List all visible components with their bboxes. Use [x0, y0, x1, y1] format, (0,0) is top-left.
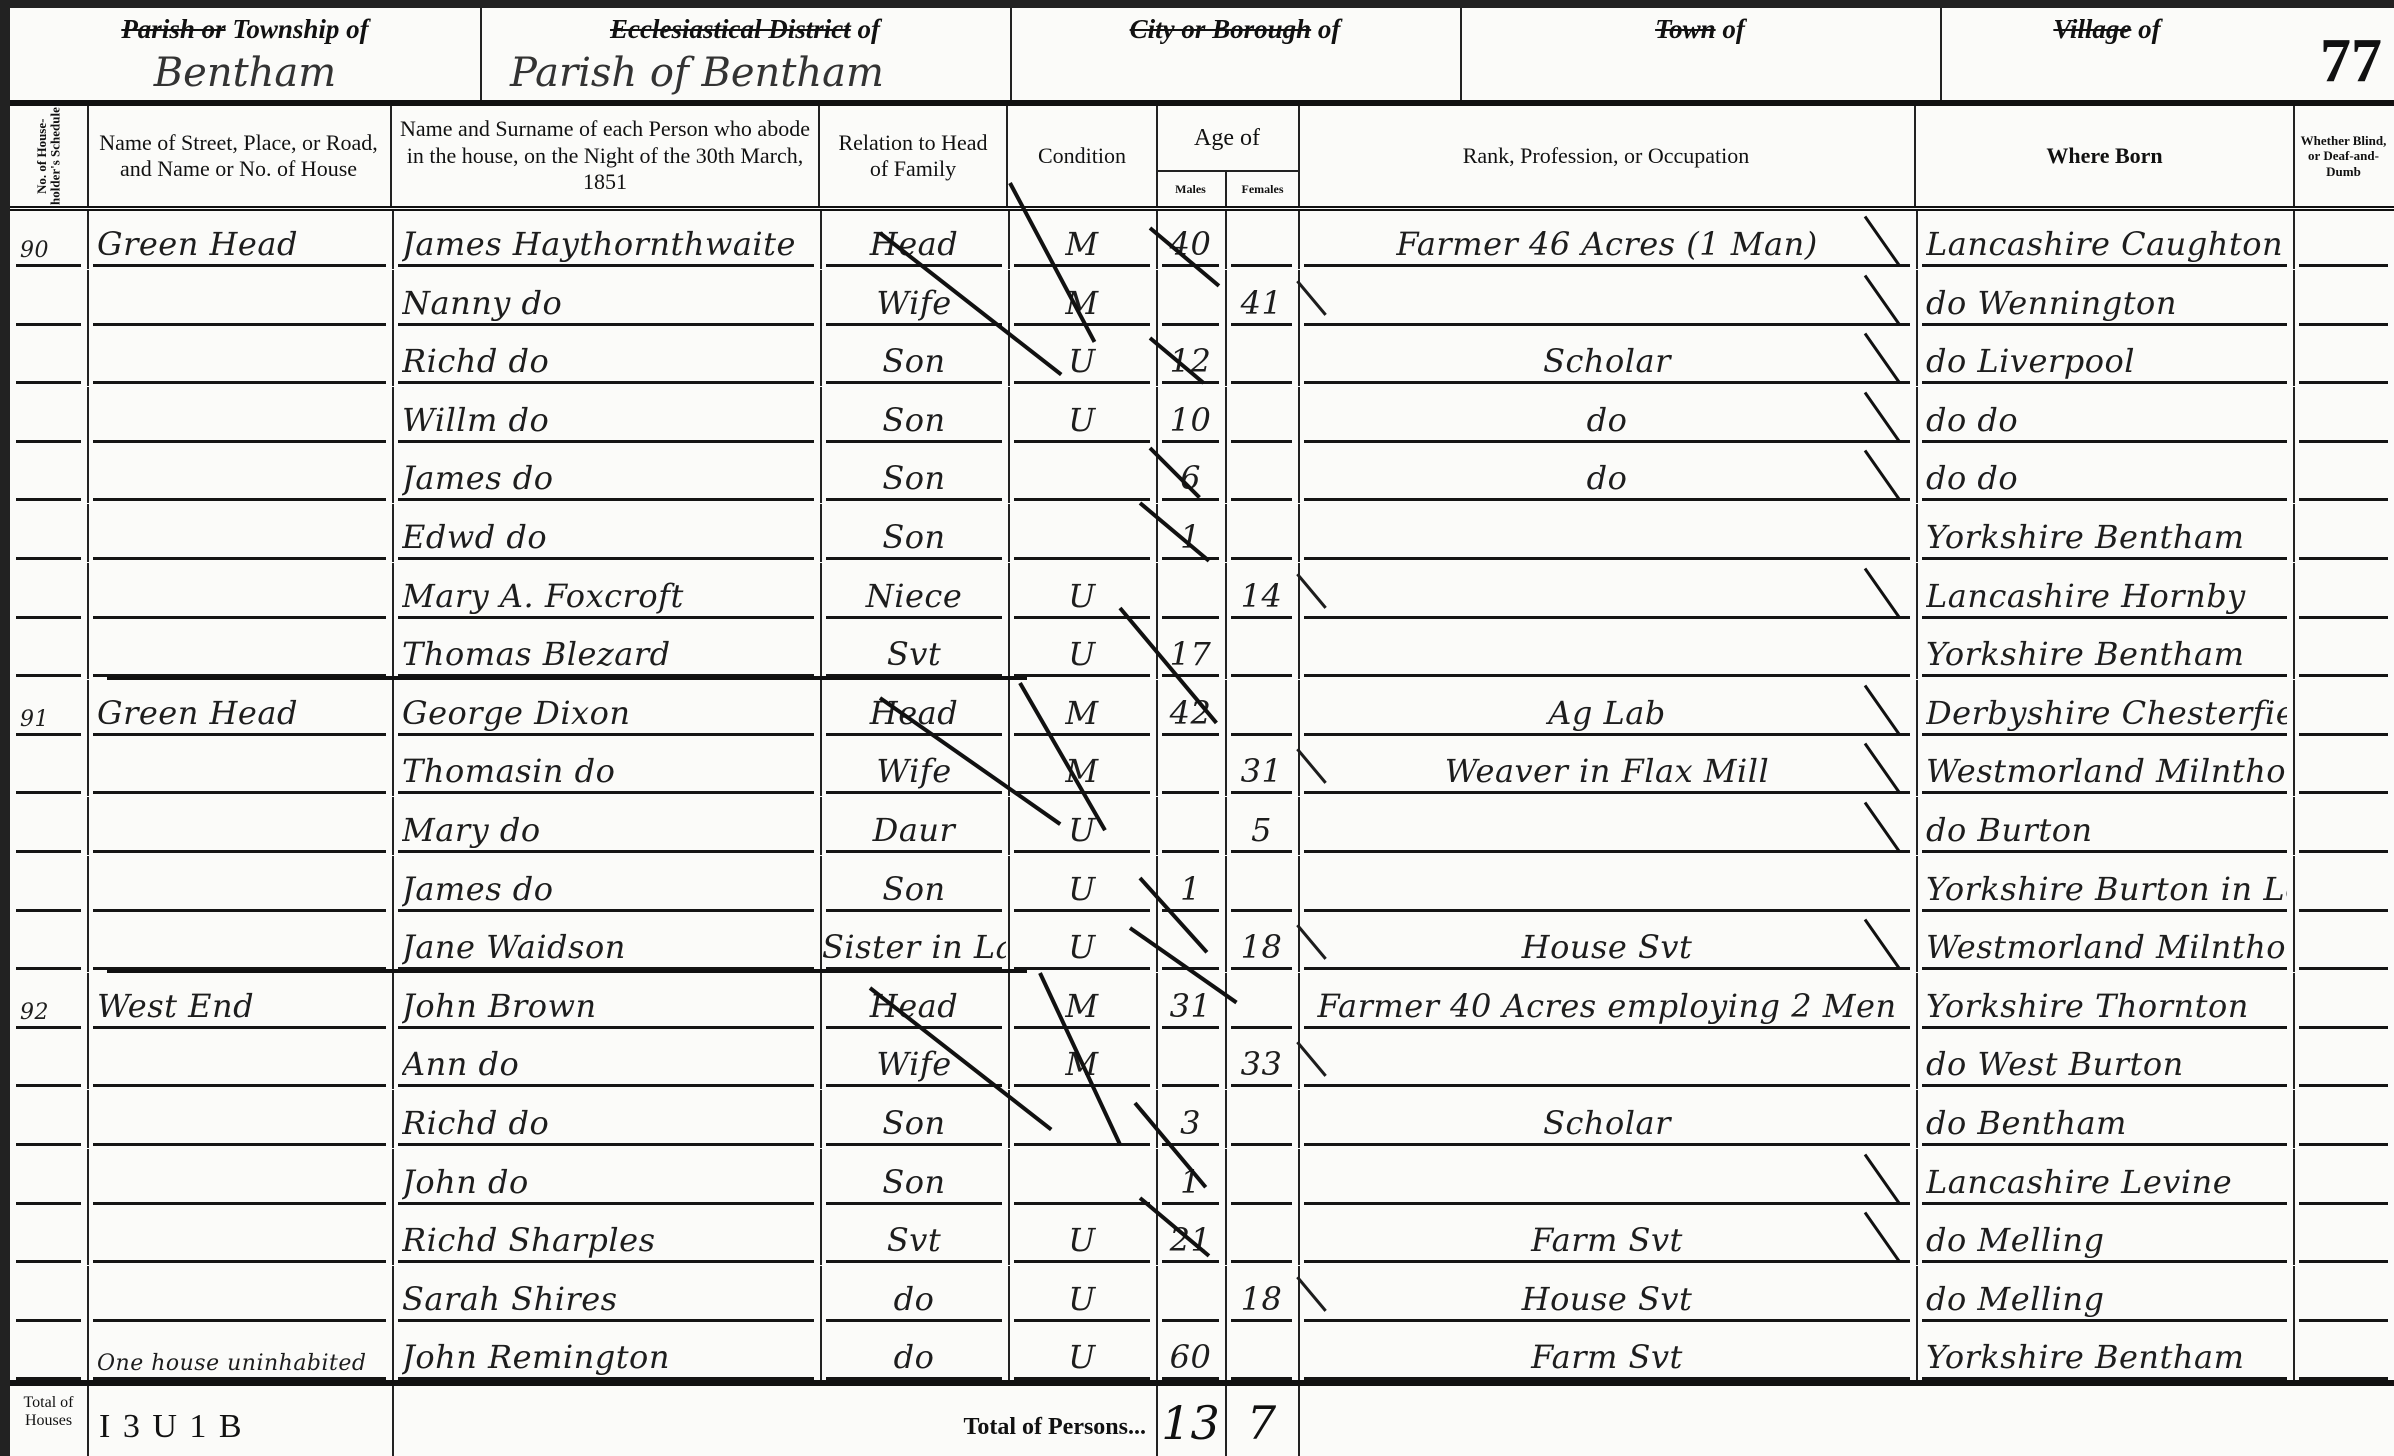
ruled-line: [1922, 381, 2287, 384]
ruled-line: [16, 498, 81, 501]
ruled-line: [16, 1084, 81, 1087]
occupation: Weaver in Flax Mill: [1300, 752, 1914, 790]
occupation-cell: [1298, 621, 1918, 679]
ruled-line: [1231, 733, 1292, 736]
ruled-line: [2299, 791, 2388, 794]
ruled-line: [398, 498, 814, 501]
ruled-line: [1014, 674, 1150, 677]
where-born-cell: do Burton: [1916, 797, 2295, 855]
ruled-line: [1231, 1143, 1292, 1146]
ruled-line: [1231, 967, 1292, 970]
occupation-cell: do: [1298, 445, 1918, 503]
ruled-line: [1231, 381, 1292, 384]
schedule-number: 90: [20, 238, 81, 263]
where-born-cell: Yorkshire Thornton: [1916, 973, 2295, 1031]
condition: U: [1010, 1221, 1154, 1259]
ruled-line: [1162, 498, 1219, 501]
ruled-line: [1304, 616, 1910, 619]
table-row: Nanny doWifeM41do Wennington: [10, 270, 2394, 328]
page-left-edge: [0, 0, 10, 1456]
female-age-cell: [1225, 211, 1300, 269]
occupation: Farm Svt: [1300, 1338, 1914, 1376]
ruled-line: [826, 733, 1002, 736]
ruled-line: [2299, 498, 2388, 501]
ruled-line: [2299, 674, 2388, 677]
relation: Niece: [822, 577, 1006, 615]
header-age: Age of Males Females: [1156, 106, 1300, 206]
male-age-cell: 60: [1156, 1324, 1227, 1382]
header-females: Females: [1227, 172, 1298, 206]
condition: U: [1010, 1338, 1154, 1376]
ruled-line: [826, 381, 1002, 384]
village-label-text: of: [2138, 14, 2161, 44]
person-name-cell: Richd Sharples: [392, 1207, 822, 1265]
ruled-line: [398, 557, 814, 560]
ruled-line: [1922, 674, 2287, 677]
male-age: 3: [1158, 1104, 1223, 1142]
ruled-line: [398, 1202, 814, 1205]
street-name: Green Head: [97, 694, 386, 732]
where-born: Yorkshire Burton in Lonsdale: [1926, 870, 2287, 908]
relation-cell: Head: [820, 680, 1010, 738]
person-name-cell: Richd do: [392, 1090, 822, 1148]
street-name-cell: [87, 1090, 394, 1148]
condition-cell: U: [1008, 328, 1158, 386]
street-name-cell: Green Head: [87, 211, 394, 269]
parish-label: Parish or Township of: [10, 14, 480, 45]
ruled-line: [1231, 557, 1292, 560]
ruled-line: [1014, 557, 1150, 560]
person-name-cell: John do: [392, 1149, 822, 1207]
ruled-line: [1014, 1202, 1150, 1205]
street-name: Green Head: [97, 225, 386, 263]
where-born: Yorkshire Bentham: [1926, 1338, 2287, 1376]
occupation-cell: [1298, 563, 1918, 621]
person-name: Jane Waidson: [402, 928, 814, 966]
where-born: Derbyshire Chesterfield: [1926, 694, 2287, 732]
street-name-cell: [87, 856, 394, 914]
ruled-line: [93, 1260, 386, 1263]
ruled-line: [93, 850, 386, 853]
male-age: 60: [1158, 1338, 1223, 1376]
blind-deaf-cell: [2293, 563, 2394, 621]
male-age-cell: 42: [1156, 680, 1227, 738]
ruled-line: [1162, 1026, 1219, 1029]
occupation-cell: Scholar: [1298, 328, 1918, 386]
male-age-cell: 10: [1156, 387, 1227, 445]
ruled-line: [398, 1260, 814, 1263]
schedule-number-cell: [10, 738, 89, 796]
female-age-cell: [1225, 1090, 1300, 1148]
occupation-cell: [1298, 1031, 1918, 1089]
total-males-value: 13: [1156, 1396, 1225, 1450]
where-born-cell: do do: [1916, 387, 2295, 445]
ruled-line: [1304, 381, 1910, 384]
where-born-cell: Lancashire Caughton: [1916, 211, 2295, 269]
table-row: Thomas BlezardSvtU17Yorkshire Bentham: [10, 621, 2394, 679]
where-born-cell: Yorkshire Bentham: [1916, 621, 2295, 679]
ecclesiastical-value: Parish of Bentham: [480, 50, 1010, 96]
relation: Son: [822, 1104, 1006, 1142]
relation-cell: Wife: [820, 1031, 1010, 1089]
where-born: do Bentham: [1926, 1104, 2287, 1142]
person-name-cell: John Remington: [392, 1324, 822, 1382]
blind-deaf-cell: [2293, 738, 2394, 796]
where-born-cell: Lancashire Hornby: [1916, 563, 2295, 621]
ruled-line: [826, 850, 1002, 853]
street-name-cell: [87, 328, 394, 386]
ruled-line: [1162, 1084, 1219, 1087]
ruled-line: [2299, 1202, 2388, 1205]
person-name-cell: Ann do: [392, 1031, 822, 1089]
household-separator: [107, 969, 1027, 973]
ruled-line: [398, 791, 814, 794]
street-name-cell: [87, 1266, 394, 1324]
male-age: 42: [1158, 694, 1223, 732]
street-name-cell: [87, 738, 394, 796]
ruled-line: [398, 1084, 814, 1087]
ruled-line: [1304, 909, 1910, 912]
relation: Svt: [822, 635, 1006, 673]
female-age-cell: 31: [1225, 738, 1300, 796]
schedule-number: 91: [20, 707, 81, 732]
female-age-cell: [1225, 328, 1300, 386]
schedule-number-cell: [10, 1207, 89, 1265]
male-age-cell: [1156, 1266, 1227, 1324]
person-name: Willm do: [402, 401, 814, 439]
person-name: Sarah Shires: [402, 1280, 814, 1318]
blind-deaf-cell: [2293, 797, 2394, 855]
town-label-struck: Town: [1655, 14, 1716, 44]
male-age-cell: 31: [1156, 973, 1227, 1031]
male-age-cell: 21: [1156, 1207, 1227, 1265]
header-name: Name and Surname of each Person who abod…: [392, 106, 820, 206]
person-name-cell: Thomas Blezard: [392, 621, 822, 679]
occupation: do: [1300, 459, 1914, 497]
ruled-line: [1304, 1026, 1910, 1029]
female-age-cell: [1225, 1324, 1300, 1382]
male-age-cell: [1156, 1031, 1227, 1089]
table-row: James doSon6dodo do: [10, 445, 2394, 503]
condition: U: [1010, 401, 1154, 439]
occupation: Farm Svt: [1300, 1221, 1914, 1259]
ruled-line: [2299, 967, 2388, 970]
female-age: 14: [1227, 577, 1296, 615]
ruled-line: [1922, 1260, 2287, 1263]
town-label: Town of: [1460, 14, 1940, 45]
occupation-cell: Farmer 46 Acres (1 Man): [1298, 211, 1918, 269]
schedule-number-cell: [10, 1266, 89, 1324]
male-age: 10: [1158, 401, 1223, 439]
occupation-cell: Ag Lab: [1298, 680, 1918, 738]
street-name-cell: [87, 914, 394, 972]
person-name-cell: James do: [392, 856, 822, 914]
relation: Svt: [822, 1221, 1006, 1259]
person-name: Nanny do: [402, 284, 814, 322]
street-name-cell: [87, 504, 394, 562]
ruled-line: [1922, 264, 2287, 267]
schedule-number-cell: [10, 328, 89, 386]
female-age: 18: [1227, 928, 1296, 966]
person-name-cell: Edwd do: [392, 504, 822, 562]
where-born: Lancashire Levine: [1926, 1163, 2287, 1201]
ruled-line: [1922, 791, 2287, 794]
ruled-line: [826, 616, 1002, 619]
person-name: John do: [402, 1163, 814, 1201]
ruled-line: [2299, 1260, 2388, 1263]
ruled-line: [1304, 674, 1910, 677]
where-born: do West Burton: [1926, 1045, 2287, 1083]
city-label-text: of: [1318, 14, 1341, 44]
condition-cell: U: [1008, 387, 1158, 445]
ruled-line: [826, 1084, 1002, 1087]
ruled-line: [1014, 264, 1150, 267]
occupation-cell: Farm Svt: [1298, 1207, 1918, 1265]
ruled-line: [1922, 440, 2287, 443]
ruled-line: [1304, 557, 1910, 560]
ruled-line: [1231, 498, 1292, 501]
female-age-cell: 18: [1225, 914, 1300, 972]
header-males: Males: [1156, 172, 1227, 206]
relation: Son: [822, 342, 1006, 380]
ruled-line: [1304, 1319, 1910, 1322]
ruled-line: [93, 264, 386, 267]
condition-cell: U: [1008, 1207, 1158, 1265]
street-name: One house uninhabited: [97, 1351, 386, 1376]
header-relation: Relation to Head of Family: [820, 106, 1008, 206]
city-label: City or Borough of: [1010, 14, 1460, 45]
occupation: Scholar: [1300, 1104, 1914, 1142]
person-name-cell: Richd do: [392, 328, 822, 386]
relation: Wife: [822, 1045, 1006, 1083]
ruled-line: [1014, 381, 1150, 384]
female-age-cell: [1225, 387, 1300, 445]
person-name-cell: John Brown: [392, 973, 822, 1031]
relation-cell: Son: [820, 504, 1010, 562]
ruled-line: [1162, 733, 1219, 736]
village-cell: Village of 77: [1940, 8, 2394, 100]
where-born-cell: Derbyshire Chesterfield: [1916, 680, 2295, 738]
where-born: do Burton: [1926, 811, 2287, 849]
where-born-cell: Yorkshire Bentham: [1916, 1324, 2295, 1382]
person-name: Ann do: [402, 1045, 814, 1083]
condition: U: [1010, 870, 1154, 908]
blind-deaf-cell: [2293, 387, 2394, 445]
blind-deaf-cell: [2293, 1031, 2394, 1089]
ruled-line: [1922, 1084, 2287, 1087]
schedule-number-cell: [10, 563, 89, 621]
ruled-line: [16, 791, 81, 794]
female-age: 33: [1227, 1045, 1296, 1083]
total-houses-value-cell: I 3 U 1 B: [87, 1386, 394, 1456]
relation-cell: Son: [820, 856, 1010, 914]
street-name-cell: Green Head: [87, 680, 394, 738]
ruled-line: [93, 498, 386, 501]
where-born-cell: Yorkshire Burton in Lonsdale: [1916, 856, 2295, 914]
header-street-text: Name of Street, Place, or Road, and Name…: [93, 130, 384, 183]
ruled-line: [93, 440, 386, 443]
female-age-cell: 5: [1225, 797, 1300, 855]
where-born-cell: do do: [1916, 445, 2295, 503]
schedule-number-cell: [10, 1324, 89, 1382]
where-born: Yorkshire Thornton: [1926, 987, 2287, 1025]
table-row: Thomasin doWifeM31Weaver in Flax MillWes…: [10, 738, 2394, 796]
table-row: Willm doSonU10dodo do: [10, 387, 2394, 445]
condition: U: [1010, 342, 1154, 380]
condition-cell: U: [1008, 1266, 1158, 1324]
relation: Daur: [822, 811, 1006, 849]
relation: Wife: [822, 284, 1006, 322]
ruled-line: [1922, 323, 2287, 326]
street-name-cell: West End: [87, 973, 394, 1031]
ruled-line: [1014, 1319, 1150, 1322]
ruled-line: [93, 1202, 386, 1205]
village-label: Village of: [1940, 14, 2274, 45]
person-name: James do: [402, 870, 814, 908]
person-name-cell: Jane Waidson: [392, 914, 822, 972]
ruled-line: [1162, 674, 1219, 677]
ruled-line: [2299, 557, 2388, 560]
relation-cell: Son: [820, 445, 1010, 503]
where-born: do do: [1926, 459, 2287, 497]
relation-cell: Son: [820, 1090, 1010, 1148]
where-born: do Melling: [1926, 1221, 2287, 1259]
ruled-line: [1014, 1143, 1150, 1146]
occupation: House Svt: [1300, 928, 1914, 966]
ruled-line: [16, 850, 81, 853]
occupation-cell: Scholar: [1298, 1090, 1918, 1148]
condition: M: [1010, 225, 1154, 263]
ruled-line: [1922, 967, 2287, 970]
schedule-number-cell: [10, 856, 89, 914]
condition-cell: [1008, 504, 1158, 562]
ruled-line: [16, 1026, 81, 1029]
where-born-cell: do Melling: [1916, 1207, 2295, 1265]
ruled-line: [1014, 1026, 1150, 1029]
table-row: Ann doWifeM33do West Burton: [10, 1031, 2394, 1089]
ruled-line: [1231, 1084, 1292, 1087]
occupation-cell: [1298, 270, 1918, 328]
ruled-line: [1231, 323, 1292, 326]
person-name-cell: Nanny do: [392, 270, 822, 328]
relation: Son: [822, 518, 1006, 556]
ruled-line: [93, 557, 386, 560]
schedule-number-cell: [10, 445, 89, 503]
female-age-cell: 41: [1225, 270, 1300, 328]
ruled-line: [1922, 1143, 2287, 1146]
schedule-number-cell: [10, 797, 89, 855]
ruled-line: [2299, 850, 2388, 853]
occupation: Ag Lab: [1300, 694, 1914, 732]
schedule-number-cell: 92: [10, 973, 89, 1031]
where-born-cell: Lancashire Levine: [1916, 1149, 2295, 1207]
male-age: 31: [1158, 987, 1223, 1025]
table-row: Mary doDaurU5do Burton: [10, 797, 2394, 855]
ruled-line: [1231, 674, 1292, 677]
male-age-cell: 1: [1156, 504, 1227, 562]
ruled-line: [1304, 1260, 1910, 1263]
female-age: 5: [1227, 811, 1296, 849]
ruled-line: [1304, 850, 1910, 853]
ruled-line: [1304, 1084, 1910, 1087]
ecclesiastical-cell: Ecclesiastical District of Parish of Ben…: [480, 8, 1012, 100]
ruled-line: [93, 323, 386, 326]
ruled-line: [1014, 1084, 1150, 1087]
relation: Head: [822, 694, 1006, 732]
condition: U: [1010, 811, 1154, 849]
header-schedule-text: No. of House-holder's Schedule: [35, 106, 62, 206]
ruled-line: [1922, 1202, 2287, 1205]
where-born: do Liverpool: [1926, 342, 2287, 380]
total-houses-label: Total of Houses: [10, 1394, 87, 1429]
ruled-line: [2299, 440, 2388, 443]
census-page: Parish or Township of Bentham Ecclesiast…: [0, 0, 2394, 1456]
ruled-line: [93, 909, 386, 912]
table-row: James doSonU1Yorkshire Burton in Lonsdal…: [10, 856, 2394, 914]
parish-value: Bentham: [10, 50, 480, 96]
female-age-cell: [1225, 504, 1300, 562]
female-age-cell: [1225, 621, 1300, 679]
relation: Sister in Law: [822, 928, 1006, 966]
condition: M: [1010, 752, 1154, 790]
ruled-line: [398, 1026, 814, 1029]
relation: Son: [822, 870, 1006, 908]
schedule-number-cell: 91: [10, 680, 89, 738]
person-name-cell: Sarah Shires: [392, 1266, 822, 1324]
female-age-cell: 14: [1225, 563, 1300, 621]
ruled-line: [1162, 1260, 1219, 1263]
street-name-cell: [87, 621, 394, 679]
condition-cell: M: [1008, 680, 1158, 738]
street-name-cell: One house uninhabited: [87, 1324, 394, 1382]
female-age: 41: [1227, 284, 1296, 322]
relation-cell: Son: [820, 328, 1010, 386]
occupation: Farmer 46 Acres (1 Man): [1300, 225, 1914, 263]
ruled-line: [398, 733, 814, 736]
ruled-line: [16, 1260, 81, 1263]
header-condition: Condition: [1008, 106, 1158, 206]
ruled-line: [398, 264, 814, 267]
table-row: Richd doSonU12Scholardo Liverpool: [10, 328, 2394, 386]
occupation-cell: [1298, 1149, 1918, 1207]
person-name: Thomas Blezard: [402, 635, 814, 673]
ruled-line: [1014, 1260, 1150, 1263]
ruled-line: [1304, 733, 1910, 736]
relation: do: [822, 1280, 1006, 1318]
occupation-cell: [1298, 856, 1918, 914]
header-blind-text: Whether Blind, or Deaf-and-Dumb: [2293, 133, 2394, 180]
ruled-line: [1162, 1319, 1219, 1322]
ruled-line: [16, 557, 81, 560]
ruled-line: [16, 1319, 81, 1322]
ruled-line: [1231, 1026, 1292, 1029]
person-name-cell: James Haythornthwaite: [392, 211, 822, 269]
ruled-line: [1922, 616, 2287, 619]
male-age-cell: 6: [1156, 445, 1227, 503]
ruled-line: [1231, 1202, 1292, 1205]
male-age-cell: 17: [1156, 621, 1227, 679]
where-born-cell: do West Burton: [1916, 1031, 2295, 1089]
schedule-number-cell: 90: [10, 211, 89, 269]
where-born-cell: Yorkshire Bentham: [1916, 504, 2295, 562]
relation-cell: Svt: [820, 621, 1010, 679]
ruled-line: [1304, 1202, 1910, 1205]
person-name-cell: James do: [392, 445, 822, 503]
street-name-cell: [87, 445, 394, 503]
ruled-line: [398, 381, 814, 384]
blind-deaf-cell: [2293, 1207, 2394, 1265]
blind-deaf-cell: [2293, 328, 2394, 386]
